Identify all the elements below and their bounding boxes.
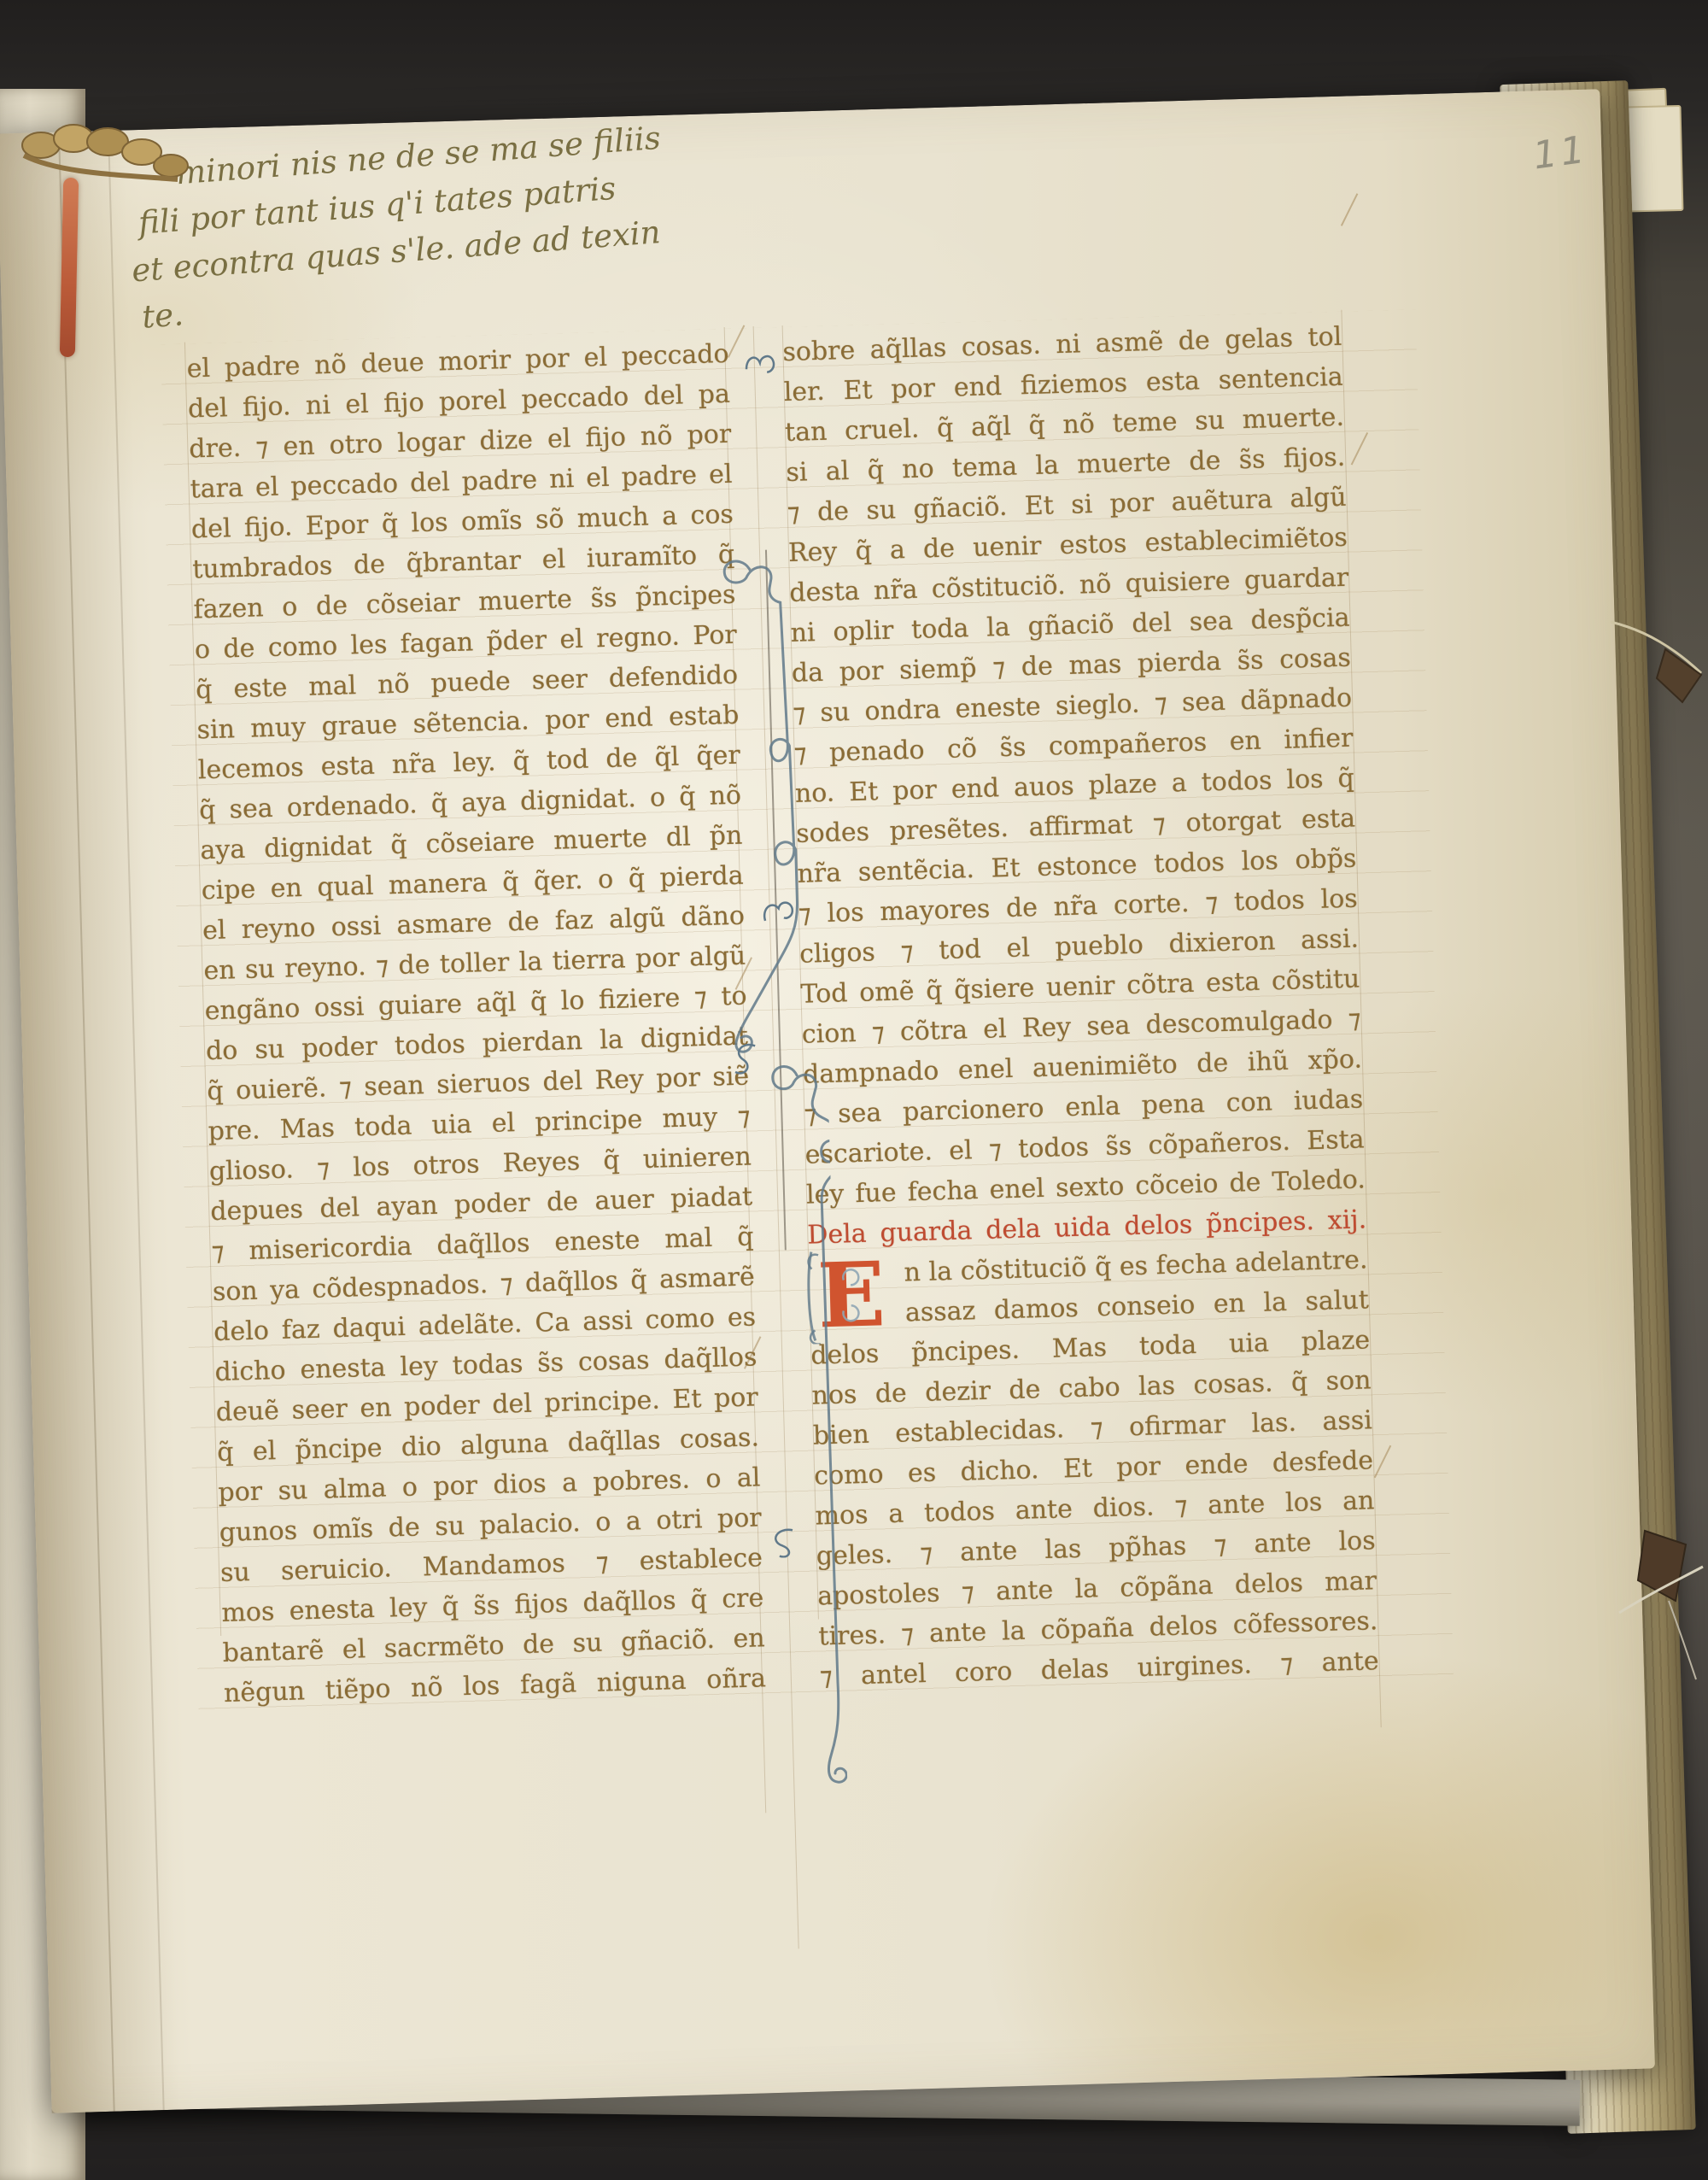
manuscript-photo: minori nis ne de se ma se filiisfili por… bbox=[0, 0, 1708, 2180]
initial-block: E n la cõstituciõ q̃ es fecha adelantre.… bbox=[808, 1239, 1369, 1335]
sewing-cord-icon bbox=[7, 101, 203, 229]
right-column-upper-lines: sobre aq̃llas cosas. ni asmẽ de gelas to… bbox=[782, 317, 1366, 1216]
marginal-curl-icon bbox=[744, 348, 782, 374]
top-marginalia: minori nis ne de se ma se filiisfili por… bbox=[121, 95, 936, 341]
marginal-curl-icon bbox=[761, 896, 799, 926]
corrector-slash bbox=[1341, 193, 1358, 226]
bookmark-threads-icon bbox=[1587, 521, 1708, 1734]
initial-adjacent-lines: n la cõstituciõ q̃ es fecha adelantre.as… bbox=[904, 1239, 1369, 1333]
right-column-lower-lines: delos p̃ncipes. Mas toda uia plazenos de… bbox=[810, 1320, 1380, 1697]
right-text-column: sobre aq̃llas cosas. ni asmẽ de gelas to… bbox=[782, 317, 1379, 1697]
marginal-curl-icon bbox=[729, 1042, 764, 1077]
marginal-curl-icon bbox=[769, 1527, 804, 1558]
left-text-column: el padre nõ deue morir por el peccadodel… bbox=[186, 334, 766, 1714]
folio-number: 11 bbox=[1530, 128, 1590, 179]
manuscript-page: minori nis ne de se ma se filiisfili por… bbox=[0, 89, 1655, 2113]
